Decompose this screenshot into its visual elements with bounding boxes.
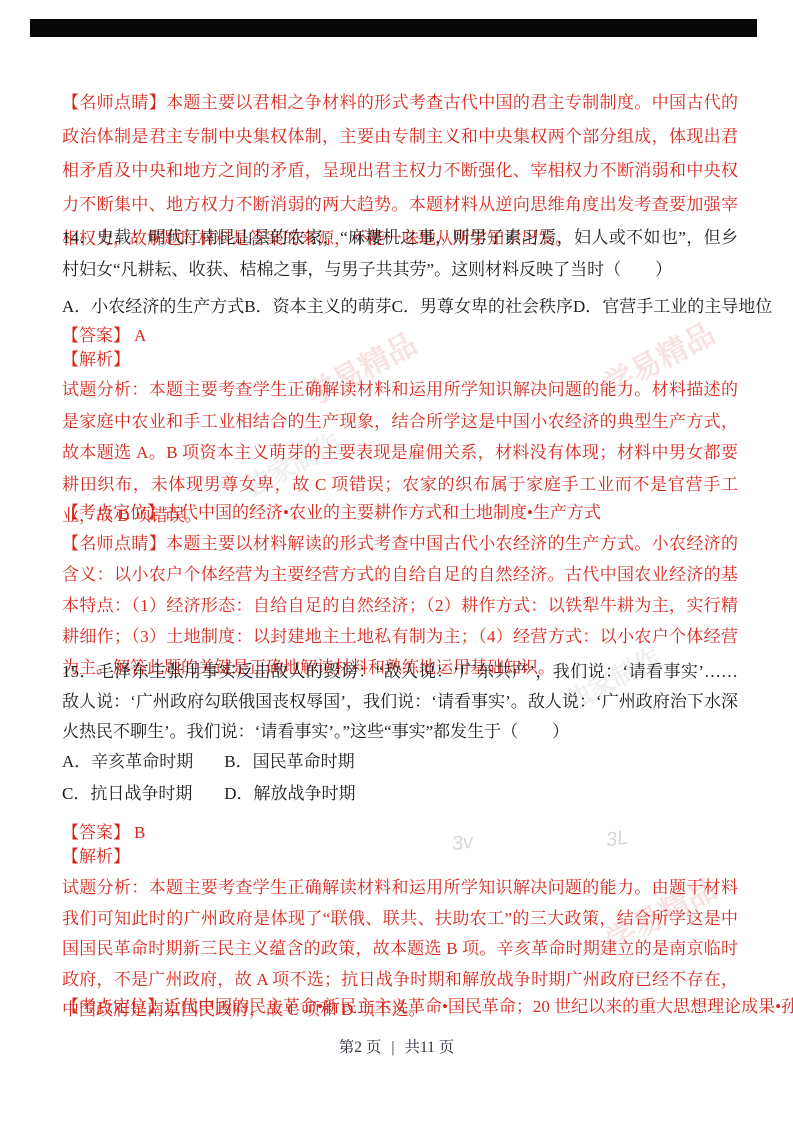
- question-15-options-cd: C．抗日战争时期 D．解放战争时期: [62, 779, 738, 809]
- exam-answer-page: 学易精品 学易精品 独家制作 学易精品 独家制作 3v 3L 【名师点睛】本题主…: [0, 0, 793, 1122]
- footer-separator: |: [391, 1039, 394, 1056]
- q15-option-a: A．辛亥革命时期: [62, 747, 220, 777]
- q15-option-d: D．解放战争时期: [224, 784, 355, 803]
- q14-answer-value: A: [134, 326, 146, 345]
- answer-label: 【答案】: [62, 326, 130, 345]
- footer-page-total: 共11 页: [404, 1039, 454, 1056]
- q15-option-c: C．抗日战争时期: [62, 779, 220, 809]
- q14-option-d: D．官营手工业的主导地位: [573, 291, 772, 323]
- footer-page-current: 第2 页: [339, 1039, 382, 1056]
- page-footer: 第2 页|共11 页: [0, 1038, 793, 1058]
- q15-exam-point: 【考点定位】近代中国的民主革命•新民主主义革命•国民革命；20 世纪以来的重大思…: [62, 992, 738, 1023]
- question-14-options: A．小农经济的生产方式 B．资本主义的萌芽 C．男尊女卑的社会秩序 D．官营手工…: [62, 291, 738, 323]
- q14-option-a: A．小农经济的生产方式: [62, 291, 244, 323]
- question-14-stem: 14．史载：明代江南昆山县的农家，“麻耬机之事，则男子素习焉，妇人或不如也”，但…: [62, 222, 738, 286]
- q15-answer-value: B: [134, 823, 145, 842]
- question-15-stem: 15．毛泽东主张用事实反击敌人的毁谤：“敌人说：‘广东共产’，我们说：‘请看事实…: [62, 657, 738, 747]
- answer-label: 【答案】: [62, 823, 130, 842]
- q14-option-c: C．男尊女卑的社会秩序: [392, 291, 573, 323]
- redacted-header-bar: [30, 19, 757, 37]
- q14-exam-point: 【考点定位】古代中国的经济•农业的主要耕作方式和土地制度•生产方式: [62, 497, 738, 528]
- q14-option-b: B．资本主义的萌芽: [244, 291, 391, 323]
- q14-analysis-label: 【解析】: [62, 344, 738, 376]
- q15-analysis-label: 【解析】: [62, 842, 738, 872]
- question-15-options-ab: A．辛亥革命时期 B．国民革命时期: [62, 747, 738, 777]
- q15-option-b: B．国民革命时期: [224, 752, 354, 771]
